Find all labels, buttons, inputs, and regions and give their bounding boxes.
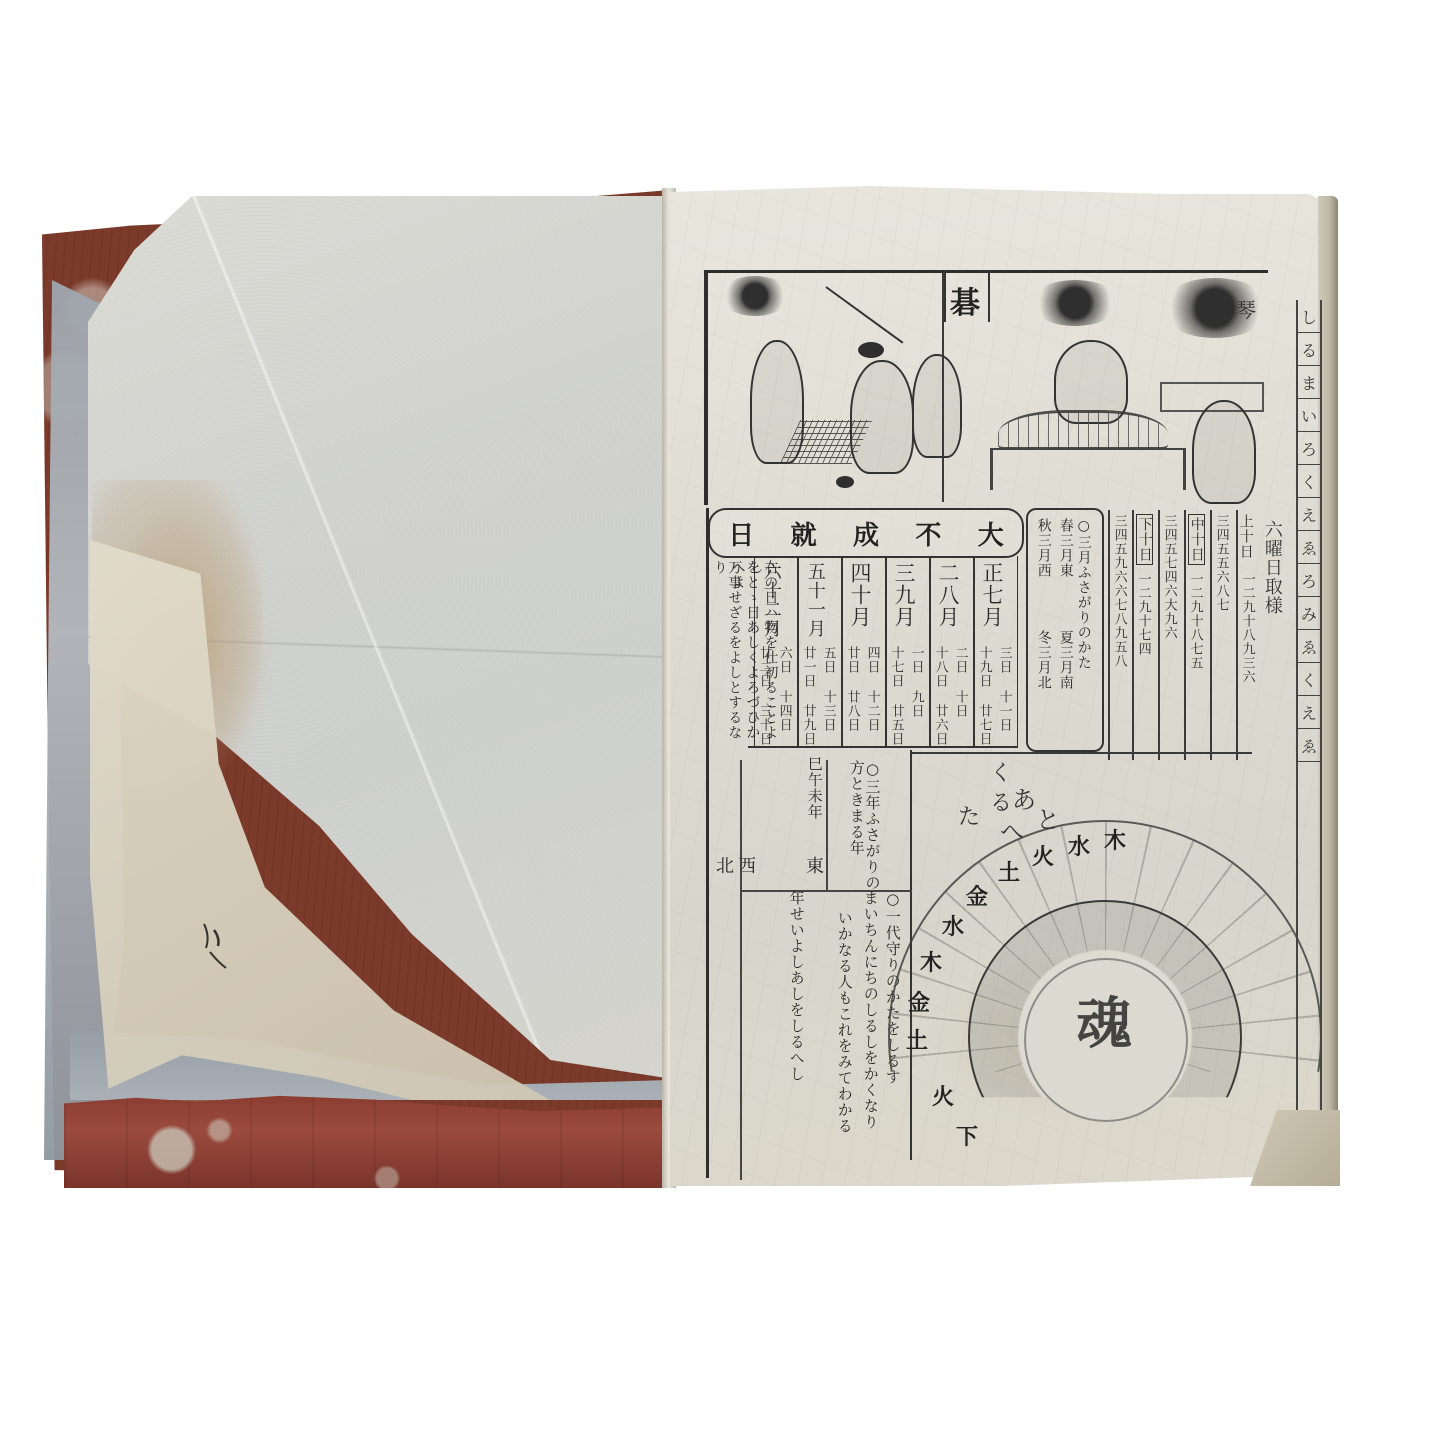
section-title: 六曜日取様 [1262, 520, 1281, 650]
figure-hat [858, 342, 884, 358]
table-rule [1132, 510, 1134, 760]
blocked-note: 春三月東 [1058, 518, 1073, 628]
dates-bottom: 十八日 廿六日 [933, 646, 947, 746]
zodiac-note: 巳午未年 [806, 756, 822, 846]
column-rule [826, 760, 828, 890]
index-cell: く [1298, 663, 1320, 696]
pine-foliage [1030, 280, 1120, 326]
calendar-column: 二八月 二日 十日 十八日 廿六日 [930, 556, 974, 746]
calendar-column: 正七月 三日 十一日 十九日 廿七日 [974, 556, 1018, 746]
go-stone-bowl [836, 476, 854, 488]
wheel-center-char: 魂 [1076, 980, 1132, 1060]
side-index-strip: し る ま い ろ く え ゑ ろ み ゑ く え ゑ [1296, 300, 1322, 1140]
poem-kana: た [958, 800, 980, 831]
index-cell: え [1298, 696, 1320, 729]
index-cell: い [1298, 399, 1320, 432]
figure-attendant [1192, 400, 1256, 504]
header-char-3: 成 [853, 515, 879, 552]
ring-char: 金 [908, 986, 930, 1017]
blocked-note-title: ○三月ふさがりのかた [1076, 518, 1091, 738]
period-label-lower: 下十日 [1136, 514, 1153, 565]
note-line: 万事せざるをよしとするなり [712, 560, 741, 750]
page-border-left [706, 508, 709, 1178]
direction-east: 東 [806, 852, 824, 878]
month-label: 五十一月 [805, 562, 824, 638]
dates-top: 三日 十一日 [997, 646, 1011, 732]
month-label: 三九月 [893, 562, 915, 628]
dates-top: 一日 九日 [909, 646, 923, 718]
dates-bottom: 十七日 廿五日 [889, 646, 903, 746]
figure-player [850, 360, 914, 474]
dates-bottom: 廿日 廿八日 [845, 646, 859, 732]
ring-char: 火 [932, 1080, 954, 1111]
period-label-upper: 上十日 [1238, 514, 1253, 559]
ring-char: 水 [1068, 830, 1090, 861]
header-char-2: 不 [915, 515, 941, 552]
dates-top: 四日 十二日 [865, 646, 879, 732]
direction-north: 北 [716, 852, 734, 878]
table-row: 三四五五六八七 [1214, 514, 1228, 754]
blocked-note: 冬三月北 [1036, 630, 1051, 740]
pine-foliage-right [1160, 278, 1270, 338]
calendar-header: 大 不 成 就 日 [708, 508, 1024, 558]
table-row: 三四五九六六七八九五八 [1112, 514, 1126, 754]
koto-instrument [998, 410, 1168, 450]
calendar-table: 正七月 三日 十一日 十九日 廿七日 二八月 二日 十日 十八日 廿六日 三九月… [748, 556, 1018, 748]
calendar-column: 四十月 四日 十二日 廿日 廿八日 [842, 556, 886, 746]
index-cell: え [1298, 498, 1320, 531]
tree-foliage [720, 276, 790, 316]
period-label-middle: 中十日 [1188, 514, 1205, 565]
blocked-note: 夏三月南 [1058, 630, 1073, 740]
table-row: 一二九十八七五 [1188, 572, 1202, 762]
dates-bottom: 十九日 廿七日 [977, 646, 991, 746]
go-title: 碁 [950, 278, 980, 322]
table-rule [1210, 510, 1212, 760]
index-cell: し [1298, 300, 1320, 333]
header-char-5: 日 [728, 515, 754, 552]
poem-kana: あ [1012, 780, 1036, 815]
lower-note: いかなる人もこれをみてわかる [836, 910, 852, 1160]
ring-char: 水 [942, 910, 964, 941]
header-char-4: 就 [791, 515, 817, 552]
lower-note: まいちんにちのしるしをかくなり [862, 890, 878, 1160]
index-cell: ゑ [1298, 729, 1320, 762]
figure-standing [750, 340, 804, 464]
index-cell: く [1298, 465, 1320, 498]
index-cell: ゑ [1298, 630, 1320, 663]
index-cell: ゑ [1298, 531, 1320, 564]
dates-top: 五日 十三日 [821, 646, 835, 732]
month-label: 四十月 [849, 562, 871, 628]
index-cell: ま [1298, 366, 1320, 399]
poem-kana: く [990, 756, 1012, 787]
dates-bottom: 廿一日 廿九日 [801, 646, 815, 746]
dates-top: 二日 十日 [953, 646, 967, 718]
month-label: 二八月 [937, 562, 959, 628]
ink-mark-icon [196, 918, 236, 978]
row-rule [912, 752, 1252, 754]
koto-table [990, 448, 1186, 490]
calendar-column: 三九月 一日 九日 十七日 廿五日 [886, 556, 930, 746]
table-row: 一二九十八九三六 [1240, 572, 1254, 762]
table-row: 三四五七四六大九六 [1162, 514, 1176, 754]
ring-char: 木 [1104, 824, 1126, 855]
year-note: ○三年ふさがりの方ときまる年 [848, 760, 880, 900]
index-cell: る [1298, 333, 1320, 366]
ring-char: 金 [966, 880, 988, 911]
table-row: 一二九十七四 [1136, 572, 1150, 762]
ring-char: 土 [906, 1024, 928, 1055]
six-day-table: 下十日 中十日 上十日 三四五九六六七八九五八 一二九十七四 三四五七四六大九六… [1108, 510, 1258, 760]
table-rule [1158, 510, 1160, 760]
header-char-1: 大 [978, 515, 1004, 552]
lower-note: 年せいよしあしをしるへし [788, 890, 804, 1140]
index-cell: ろ [1298, 432, 1320, 465]
index-cell: ろ [1298, 564, 1320, 597]
poem-kana: る [990, 786, 1012, 817]
ring-char: 火 [1032, 840, 1054, 871]
month-label: 正七月 [981, 562, 1003, 628]
ring-char: 木 [920, 946, 942, 977]
figure-child [912, 354, 962, 458]
ring-char: 土 [998, 856, 1020, 887]
index-cell: み [1298, 597, 1320, 630]
table-rule [1108, 510, 1110, 760]
blocked-note: 秋三月西 [1036, 518, 1051, 628]
ring-char: 下 [956, 1120, 978, 1151]
calendar-column: 五十一月 五日 十三日 廿一日 廿九日 [798, 556, 842, 746]
table-rule [1184, 510, 1186, 760]
dates-top: 六日 十四日 [777, 646, 791, 732]
column-rule [740, 760, 742, 1180]
